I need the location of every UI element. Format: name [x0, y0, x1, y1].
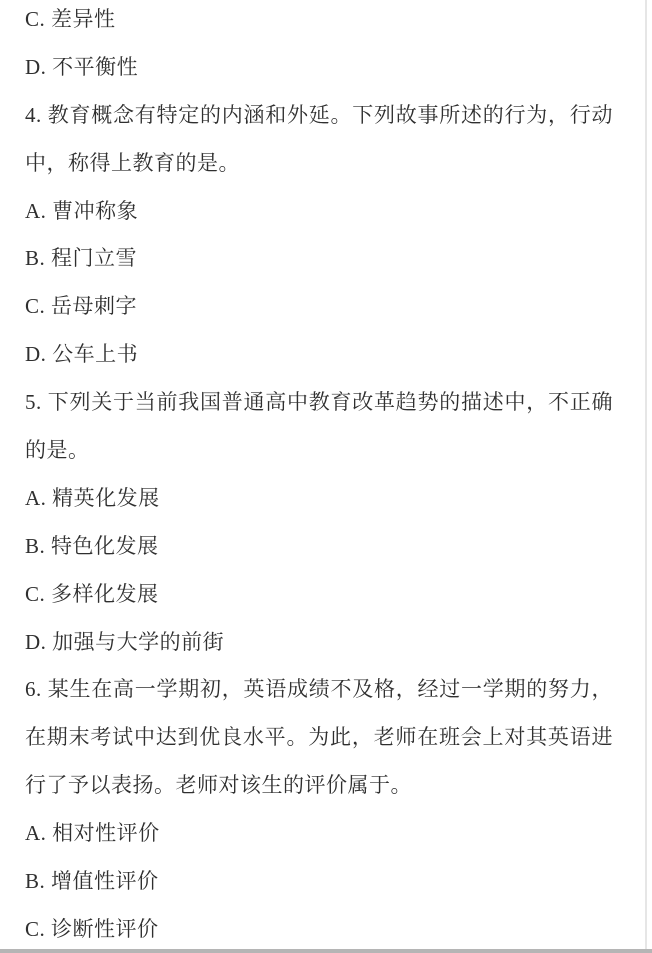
option-q5-d: D. 加强与大学的前街 [25, 619, 613, 667]
option-q6-b: B. 增值性评价 [25, 858, 613, 906]
question-4-line1: 4. 教育概念有特定的内涵和外延。下列故事所述的行为，行动 [25, 92, 613, 140]
page-bottom-border [0, 949, 652, 953]
option-q5-c: C. 多样化发展 [25, 571, 613, 619]
page-right-border [645, 0, 647, 953]
exam-document-page: C. 差异性 D. 不平衡性 4. 教育概念有特定的内涵和外延。下列故事所述的行… [25, 0, 613, 953]
question-6-line3: 行了予以表扬。老师对该生的评价属于。 [25, 762, 613, 810]
option-q5-b: B. 特色化发展 [25, 523, 613, 571]
option-q4-d: D. 公车上书 [25, 331, 613, 379]
question-6-line2: 在期末考试中达到优良水平。为此，老师在班会上对其英语进 [25, 714, 613, 762]
option-q3-c: C. 差异性 [25, 0, 613, 44]
question-6-line1: 6. 某生在高一学期初，英语成绩不及格，经过一学期的努力， [25, 666, 613, 714]
option-q3-d: D. 不平衡性 [25, 44, 613, 92]
question-5-line1: 5. 下列关于当前我国普通高中教育改革趋势的描述中，不正确 [25, 379, 613, 427]
option-q6-a: A. 相对性评价 [25, 810, 613, 858]
question-4-line2: 中，称得上教育的是。 [25, 140, 613, 188]
option-q4-c: C. 岳母刺字 [25, 283, 613, 331]
option-q4-a: A. 曹冲称象 [25, 188, 613, 236]
option-q6-c: C. 诊断性评价 [25, 906, 613, 953]
question-5-line2: 的是。 [25, 427, 613, 475]
option-q5-a: A. 精英化发展 [25, 475, 613, 523]
option-q4-b: B. 程门立雪 [25, 235, 613, 283]
